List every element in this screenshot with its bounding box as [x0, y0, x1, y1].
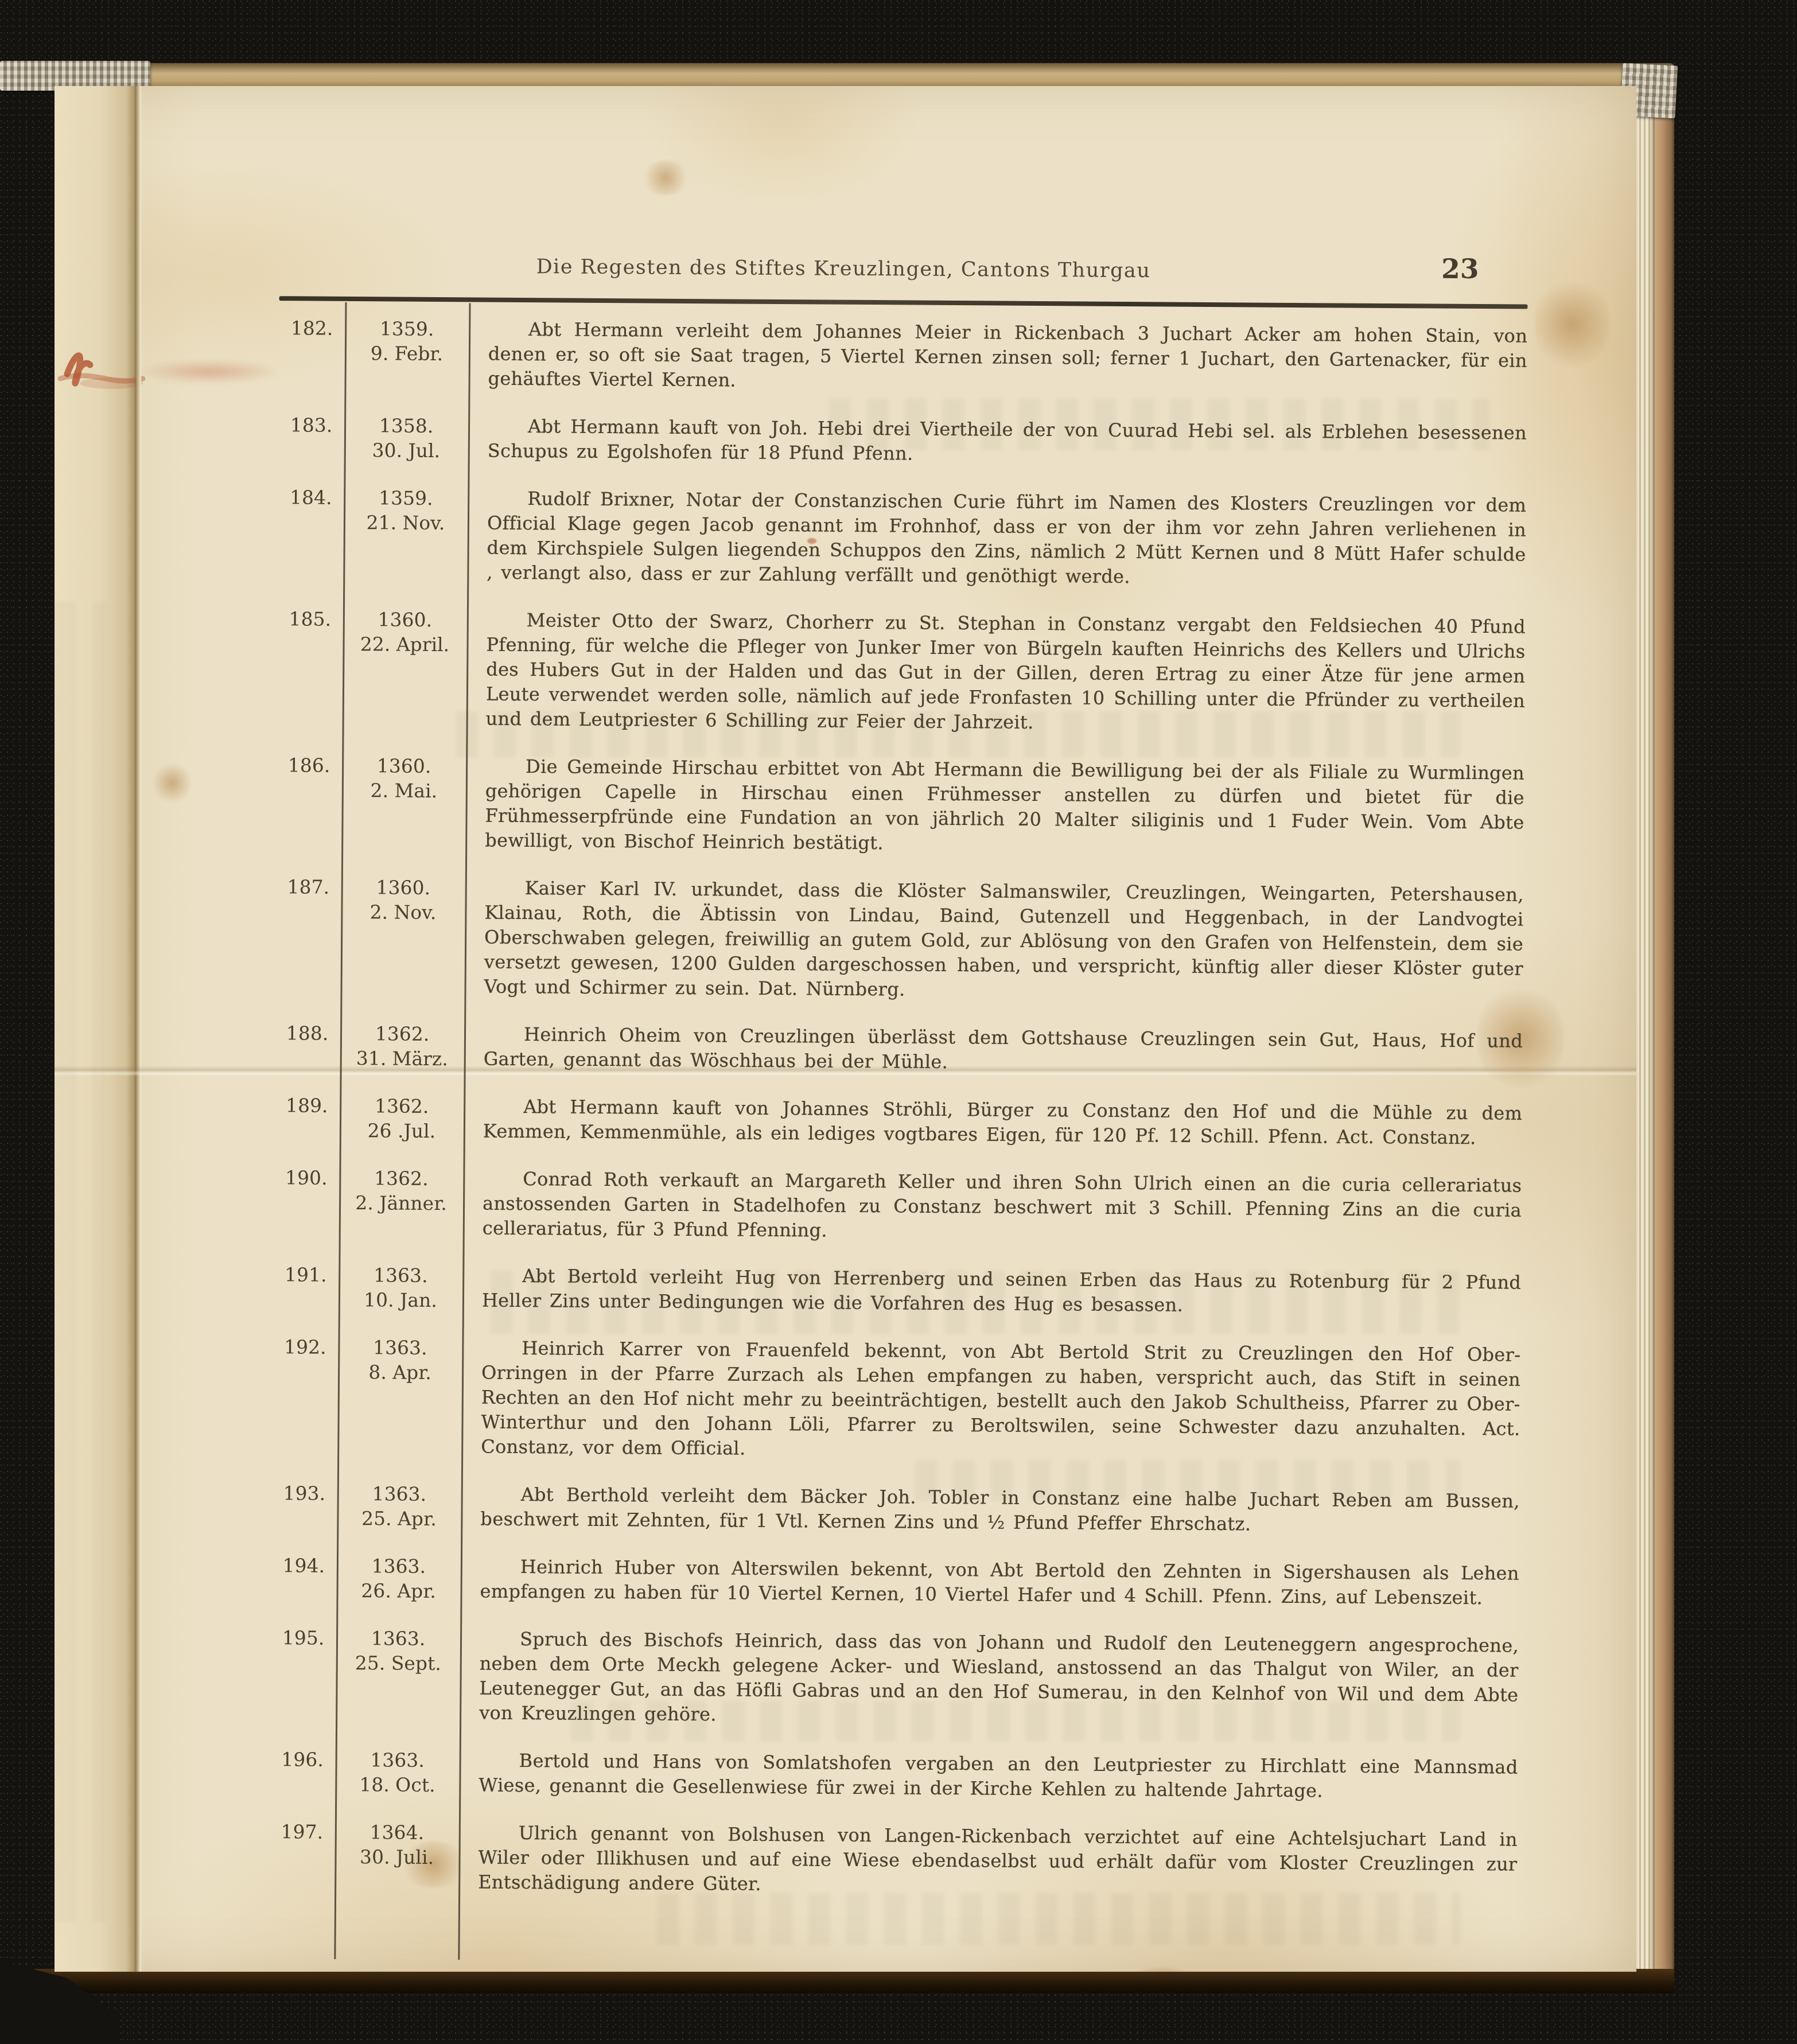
entry-day: 2. Nov.: [341, 900, 465, 925]
entry-date: 1363. 26. Apr.: [336, 1554, 461, 1603]
entry-date: 1360. 22. April.: [343, 607, 467, 731]
entry-text: Heinrich Oheim von Creuzlingen überlässt…: [464, 1022, 1523, 1078]
entry-text: Die Gemeinde Hirschau erbittet von Abt H…: [465, 754, 1524, 859]
entry-day: 9. Febr.: [345, 341, 469, 366]
regest-entry: 182. 1359. 9. Febr. Abt Hermann verleiht…: [278, 316, 1527, 398]
entry-day: 26. Apr.: [336, 1578, 460, 1603]
entry-day: 2. Jänner.: [339, 1190, 463, 1216]
entry-date: 1363. 25. Sept.: [336, 1626, 460, 1725]
regest-entry: 189. 1362. 26 .Jul. Abt Hermann kauft vo…: [274, 1093, 1523, 1150]
entry-day: 30. Juli.: [334, 1844, 458, 1870]
book-on-black-fabric: Die Regesten des Stiftes Kreuzlingen, Ca…: [0, 0, 1797, 2044]
entry-year: 1363.: [336, 1626, 460, 1651]
regest-entry: 185. 1360. 22. April. Meister Otto der S…: [277, 606, 1526, 738]
regest-entry: 197. 1364. 30. Juli. Ulrich genannt von …: [269, 1819, 1518, 1901]
entry-day: 31. März.: [340, 1046, 464, 1071]
entry-number: 195.: [270, 1625, 336, 1724]
entry-day: 25. Apr.: [337, 1506, 461, 1531]
entry-number: 185.: [277, 606, 343, 730]
regest-entry: 196. 1363. 18. Oct. Bertold und Hans von…: [269, 1747, 1518, 1804]
entry-day: 10. Jan.: [339, 1287, 462, 1313]
page-number: 23: [1426, 253, 1495, 285]
entry-year: 1363.: [336, 1747, 460, 1773]
entry-year: 1359.: [344, 485, 468, 511]
entry-text: Kaiser Karl IV. urkundet, dass die Klöst…: [464, 875, 1523, 1006]
entry-text: Conrad Roth verkauft an Margareth Keller…: [463, 1166, 1522, 1247]
entry-number: 197.: [269, 1819, 335, 1894]
running-header-title: Die Regesten des Stiftes Kreuzlingen, Ca…: [198, 253, 1489, 285]
entry-text: Abt Hermann kauft von Johannes Ströhli, …: [464, 1094, 1523, 1150]
book-bottom-edge: [34, 1969, 1674, 1993]
entry-number: 183.: [278, 412, 345, 462]
entry-number: 196.: [269, 1747, 336, 1797]
entry-day: 26 .Jul.: [340, 1118, 464, 1143]
entry-date: 1362. 2. Jänner.: [339, 1166, 464, 1240]
book-top-edge: [55, 63, 1674, 88]
entry-date: 1363. 10. Jan.: [339, 1263, 463, 1313]
entry-date: 1358. 30. Jul.: [344, 413, 469, 463]
regest-entry: 192. 1363. 8. Apr. Heinrich Karrer von F…: [271, 1334, 1520, 1466]
entry-number: 188.: [274, 1021, 341, 1070]
entry-text: Abt Hermann kauft von Joh. Hebi drei Vie…: [468, 414, 1527, 470]
entry-date: 1363. 18. Oct.: [335, 1747, 460, 1797]
entry-text: Ulrich genannt von Bolshusen von Langen-…: [458, 1820, 1518, 1901]
entry-year: 1360.: [342, 753, 466, 778]
entry-text: Abt Hermann verleiht dem Johannes Meier …: [468, 317, 1527, 398]
entry-day: 22. April.: [343, 632, 466, 657]
entry-number: 190.: [273, 1165, 340, 1240]
entry-number: 192.: [271, 1334, 338, 1458]
entry-text: Spruch des Bischofs Heinrich, dass das v…: [460, 1626, 1519, 1732]
entry-year: 1360.: [343, 607, 467, 632]
entry-text: Heinrich Karrer von Frauenfeld bekennt, …: [461, 1336, 1520, 1466]
regest-entry: 184. 1359. 21. Nov. Rudolf Brixner, Nota…: [277, 485, 1526, 591]
regest-entry: 191. 1363. 10. Jan. Abt Bertold verleiht…: [273, 1262, 1522, 1319]
entry-year: 1359.: [345, 316, 469, 341]
entry-date: 1360. 2. Mai.: [341, 753, 466, 852]
entry-text: Rudolf Brixner, Notar der Constanzischen…: [467, 486, 1526, 591]
entry-date: 1363. 25. Apr.: [337, 1481, 461, 1531]
entry-number: 191.: [273, 1262, 339, 1312]
entry-text: Abt Berthold verleiht dem Bäcker Joh. To…: [461, 1482, 1520, 1538]
scanned-page: Die Regesten des Stiftes Kreuzlingen, Ca…: [55, 86, 1636, 1972]
entry-date: 1359. 9. Febr.: [344, 316, 469, 391]
regest-entry: 183. 1358. 30. Jul. Abt Hermann kauft vo…: [278, 412, 1527, 470]
regest-entry: 194. 1363. 26. Apr. Heinrich Huber von A…: [270, 1553, 1519, 1610]
entry-number: 184.: [277, 485, 344, 584]
entry-year: 1364.: [335, 1820, 459, 1845]
entry-number: 189.: [274, 1093, 340, 1143]
entry-number: 186.: [275, 753, 342, 852]
entry-year: 1362.: [340, 1093, 464, 1119]
entry-date: 1362. 26 .Jul.: [340, 1093, 464, 1143]
book-cover-right-edge: [1655, 68, 1674, 1981]
entry-date: 1363. 8. Apr.: [337, 1335, 462, 1459]
entry-day: 18. Oct.: [335, 1772, 459, 1797]
entry-date: 1364. 30. Juli.: [334, 1820, 459, 1894]
entry-date: 1360. 2. Nov.: [340, 875, 465, 999]
entry-year: 1363.: [339, 1263, 462, 1288]
entry-year: 1362.: [340, 1021, 464, 1046]
entry-number: 193.: [271, 1481, 337, 1531]
page-stack-edge: [1636, 73, 1655, 1979]
entry-year: 1363.: [338, 1335, 462, 1360]
entry-number: 182.: [278, 316, 345, 390]
entry-number: 194.: [270, 1553, 337, 1603]
entry-day: 25. Sept.: [336, 1650, 460, 1676]
printed-content: Die Regesten des Stiftes Kreuzlingen, Ca…: [55, 86, 1636, 1972]
entry-day: 30. Jul.: [344, 438, 468, 463]
regest-entry: 186. 1360. 2. Mai. Die Gemeinde Hirschau…: [275, 753, 1524, 859]
entry-date: 1362. 31. März.: [340, 1021, 465, 1071]
entry-day: 21. Nov.: [344, 510, 468, 535]
regest-entry: 188. 1362. 31. März. Heinrich Oheim von …: [274, 1021, 1523, 1078]
entry-text: Abt Bertold verleiht Hug von Herrenberg …: [462, 1263, 1522, 1319]
entry-text: Meister Otto der Swarz, Chorherr zu St. …: [466, 608, 1526, 738]
header-rule: [279, 296, 1528, 309]
entry-year: 1360.: [341, 875, 465, 900]
regest-entry: 193. 1363. 25. Apr. Abt Berthold verleih…: [271, 1481, 1520, 1538]
entry-year: 1362.: [339, 1166, 463, 1191]
regest-table-rows: 182. 1359. 9. Febr. Abt Hermann verleiht…: [269, 316, 1527, 1924]
regest-entry: 187. 1360. 2. Nov. Kaiser Karl IV. urkun…: [274, 874, 1523, 1006]
regest-entry: 195. 1363. 25. Sept. Spruch des Bischofs…: [270, 1625, 1519, 1732]
entry-day: 8. Apr.: [338, 1360, 462, 1385]
entry-year: 1363.: [337, 1481, 461, 1506]
entry-text: Heinrich Huber von Alterswilen bekennt, …: [460, 1554, 1519, 1610]
regest-entry: 190. 1362. 2. Jänner. Conrad Roth verkau…: [273, 1165, 1522, 1247]
entry-text: Bertold und Hans von Somlatshofen vergab…: [459, 1748, 1518, 1804]
entry-day: 2. Mai.: [342, 778, 466, 803]
entry-date: 1359. 21. Nov.: [343, 485, 468, 585]
entry-number: 187.: [274, 874, 341, 998]
entry-year: 1358.: [344, 413, 468, 438]
entry-year: 1363.: [337, 1554, 461, 1579]
scanned-book-photo: { "header": { "title": "Die Regesten des…: [0, 0, 1797, 2044]
